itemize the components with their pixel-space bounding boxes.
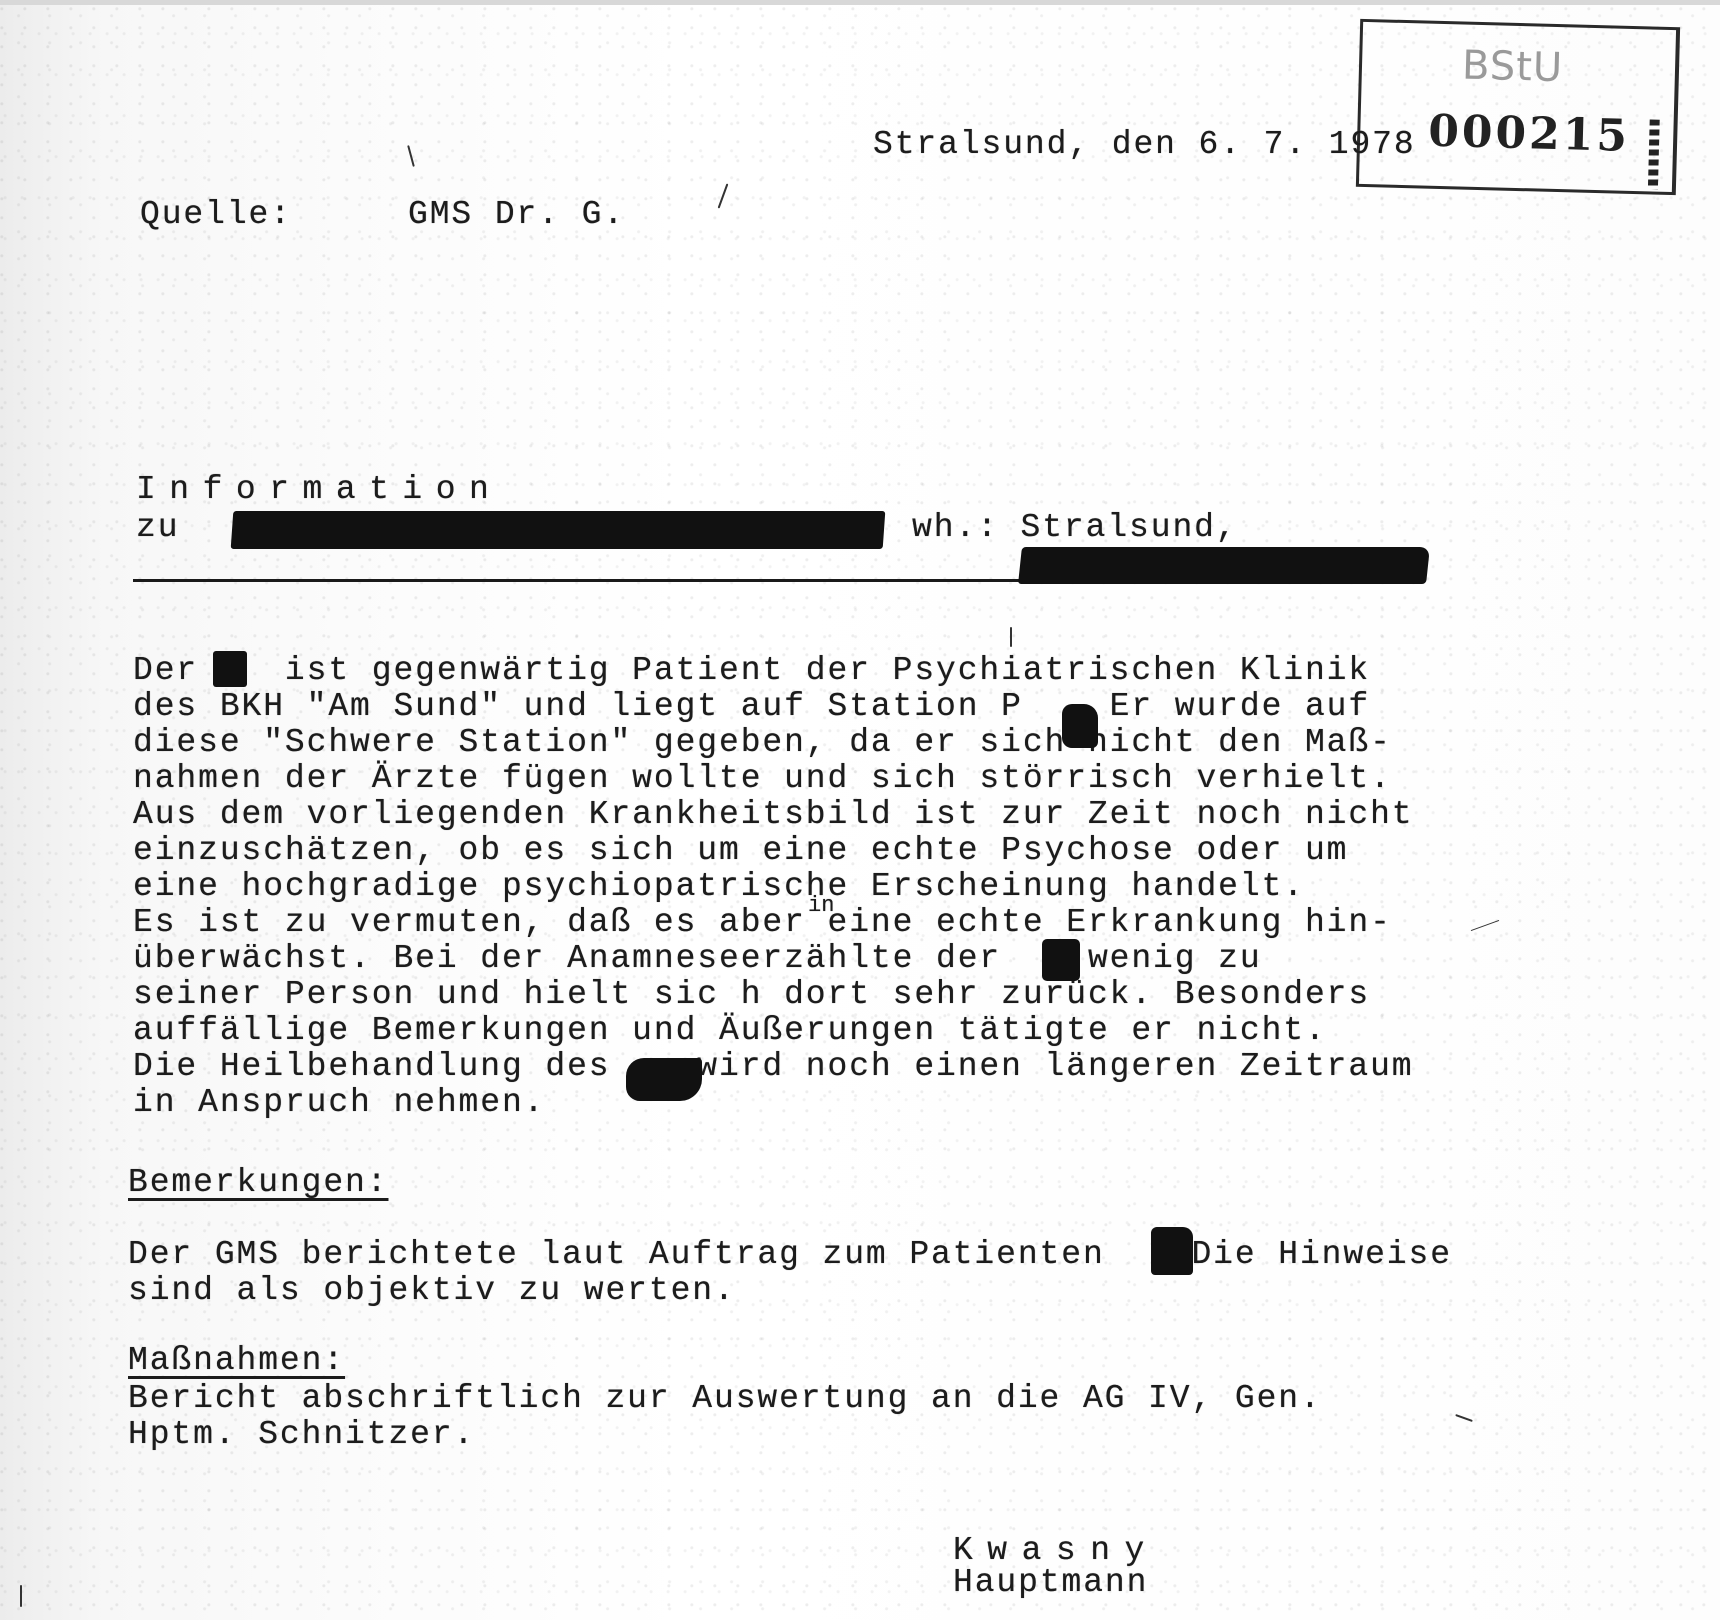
measures-heading: Maßnahmen: [128,1343,345,1379]
scan-artifact [718,183,729,208]
redaction-name [213,651,247,687]
measures-line: Bericht abschriftlich zur Auswertung an … [128,1381,1322,1417]
measures-line: Hptm. Schnitzer. [128,1417,475,1453]
body-line: diese "Schwere Station" gegeben, da er s… [133,725,1392,761]
redaction-subject-name [231,511,886,549]
remarks-line: Der GMS berichtete laut Auftrag zum Pati… [128,1237,1452,1273]
body-line: überwächst. Bei der Anamneseerzählte der… [133,941,1262,977]
scan-artifact [1471,920,1500,931]
body-line: eine hochgradige psychiopatrische Ersche… [133,869,1305,905]
stamp-mark [1648,119,1660,189]
document-title: Information [136,472,502,508]
source-value: GMS Dr. G. [408,197,625,233]
body-line: des BKH "Am Sund" und liegt auf Station … [133,689,1370,725]
redaction-name [1151,1227,1193,1275]
archive-stamp: BStU 000215 [1356,19,1680,195]
remarks-heading: Bemerkungen: [128,1165,388,1201]
residence-label: wh.: Stralsund, [912,510,1238,546]
signature-rank: Hauptmann [953,1565,1148,1601]
body-line: Aus dem vorliegenden Krankheitsbild ist … [133,797,1414,833]
stamp-title: BStU [1461,43,1563,92]
body-line: nahmen der Ärzte fügen wollte und sich s… [133,761,1392,797]
body-line: Es ist zu vermuten, daß es aber eine ech… [133,905,1392,941]
scan-artifact [1455,1414,1473,1422]
document-page: BStU 000215 Stralsund, den 6. 7. 1978 Qu… [0,5,1720,1620]
redaction-subject-address [1018,547,1430,584]
stamp-number: 000215 [1428,106,1631,162]
body-line: Die Heilbehandlung des wird noch einen l… [133,1049,1414,1085]
body-line: Der ist gegenwärtig Patient der Psychiat… [133,653,1370,689]
redaction-name [1042,939,1080,981]
body-line: auffällige Bemerkungen und Äußerungen tä… [133,1013,1327,1049]
subject-prefix: zu [136,510,179,546]
source-label: Quelle: [140,197,292,233]
remarks-line: sind als objektiv zu werten. [128,1273,736,1309]
scan-artifact [20,1585,22,1607]
scan-artifact [407,145,415,167]
body-line: seiner Person und hielt sic h dort sehr … [133,977,1370,1013]
scan-artifact [1010,627,1012,647]
place-date: Stralsund, den 6. 7. 1978 [873,127,1416,163]
handwritten-insert: in [808,895,834,917]
body-line: einzuschätzen, ob es sich um eine echte … [133,833,1348,869]
redaction-name [626,1058,702,1101]
body-line: in Anspruch nehmen. [133,1085,545,1121]
redaction-station [1062,704,1098,748]
